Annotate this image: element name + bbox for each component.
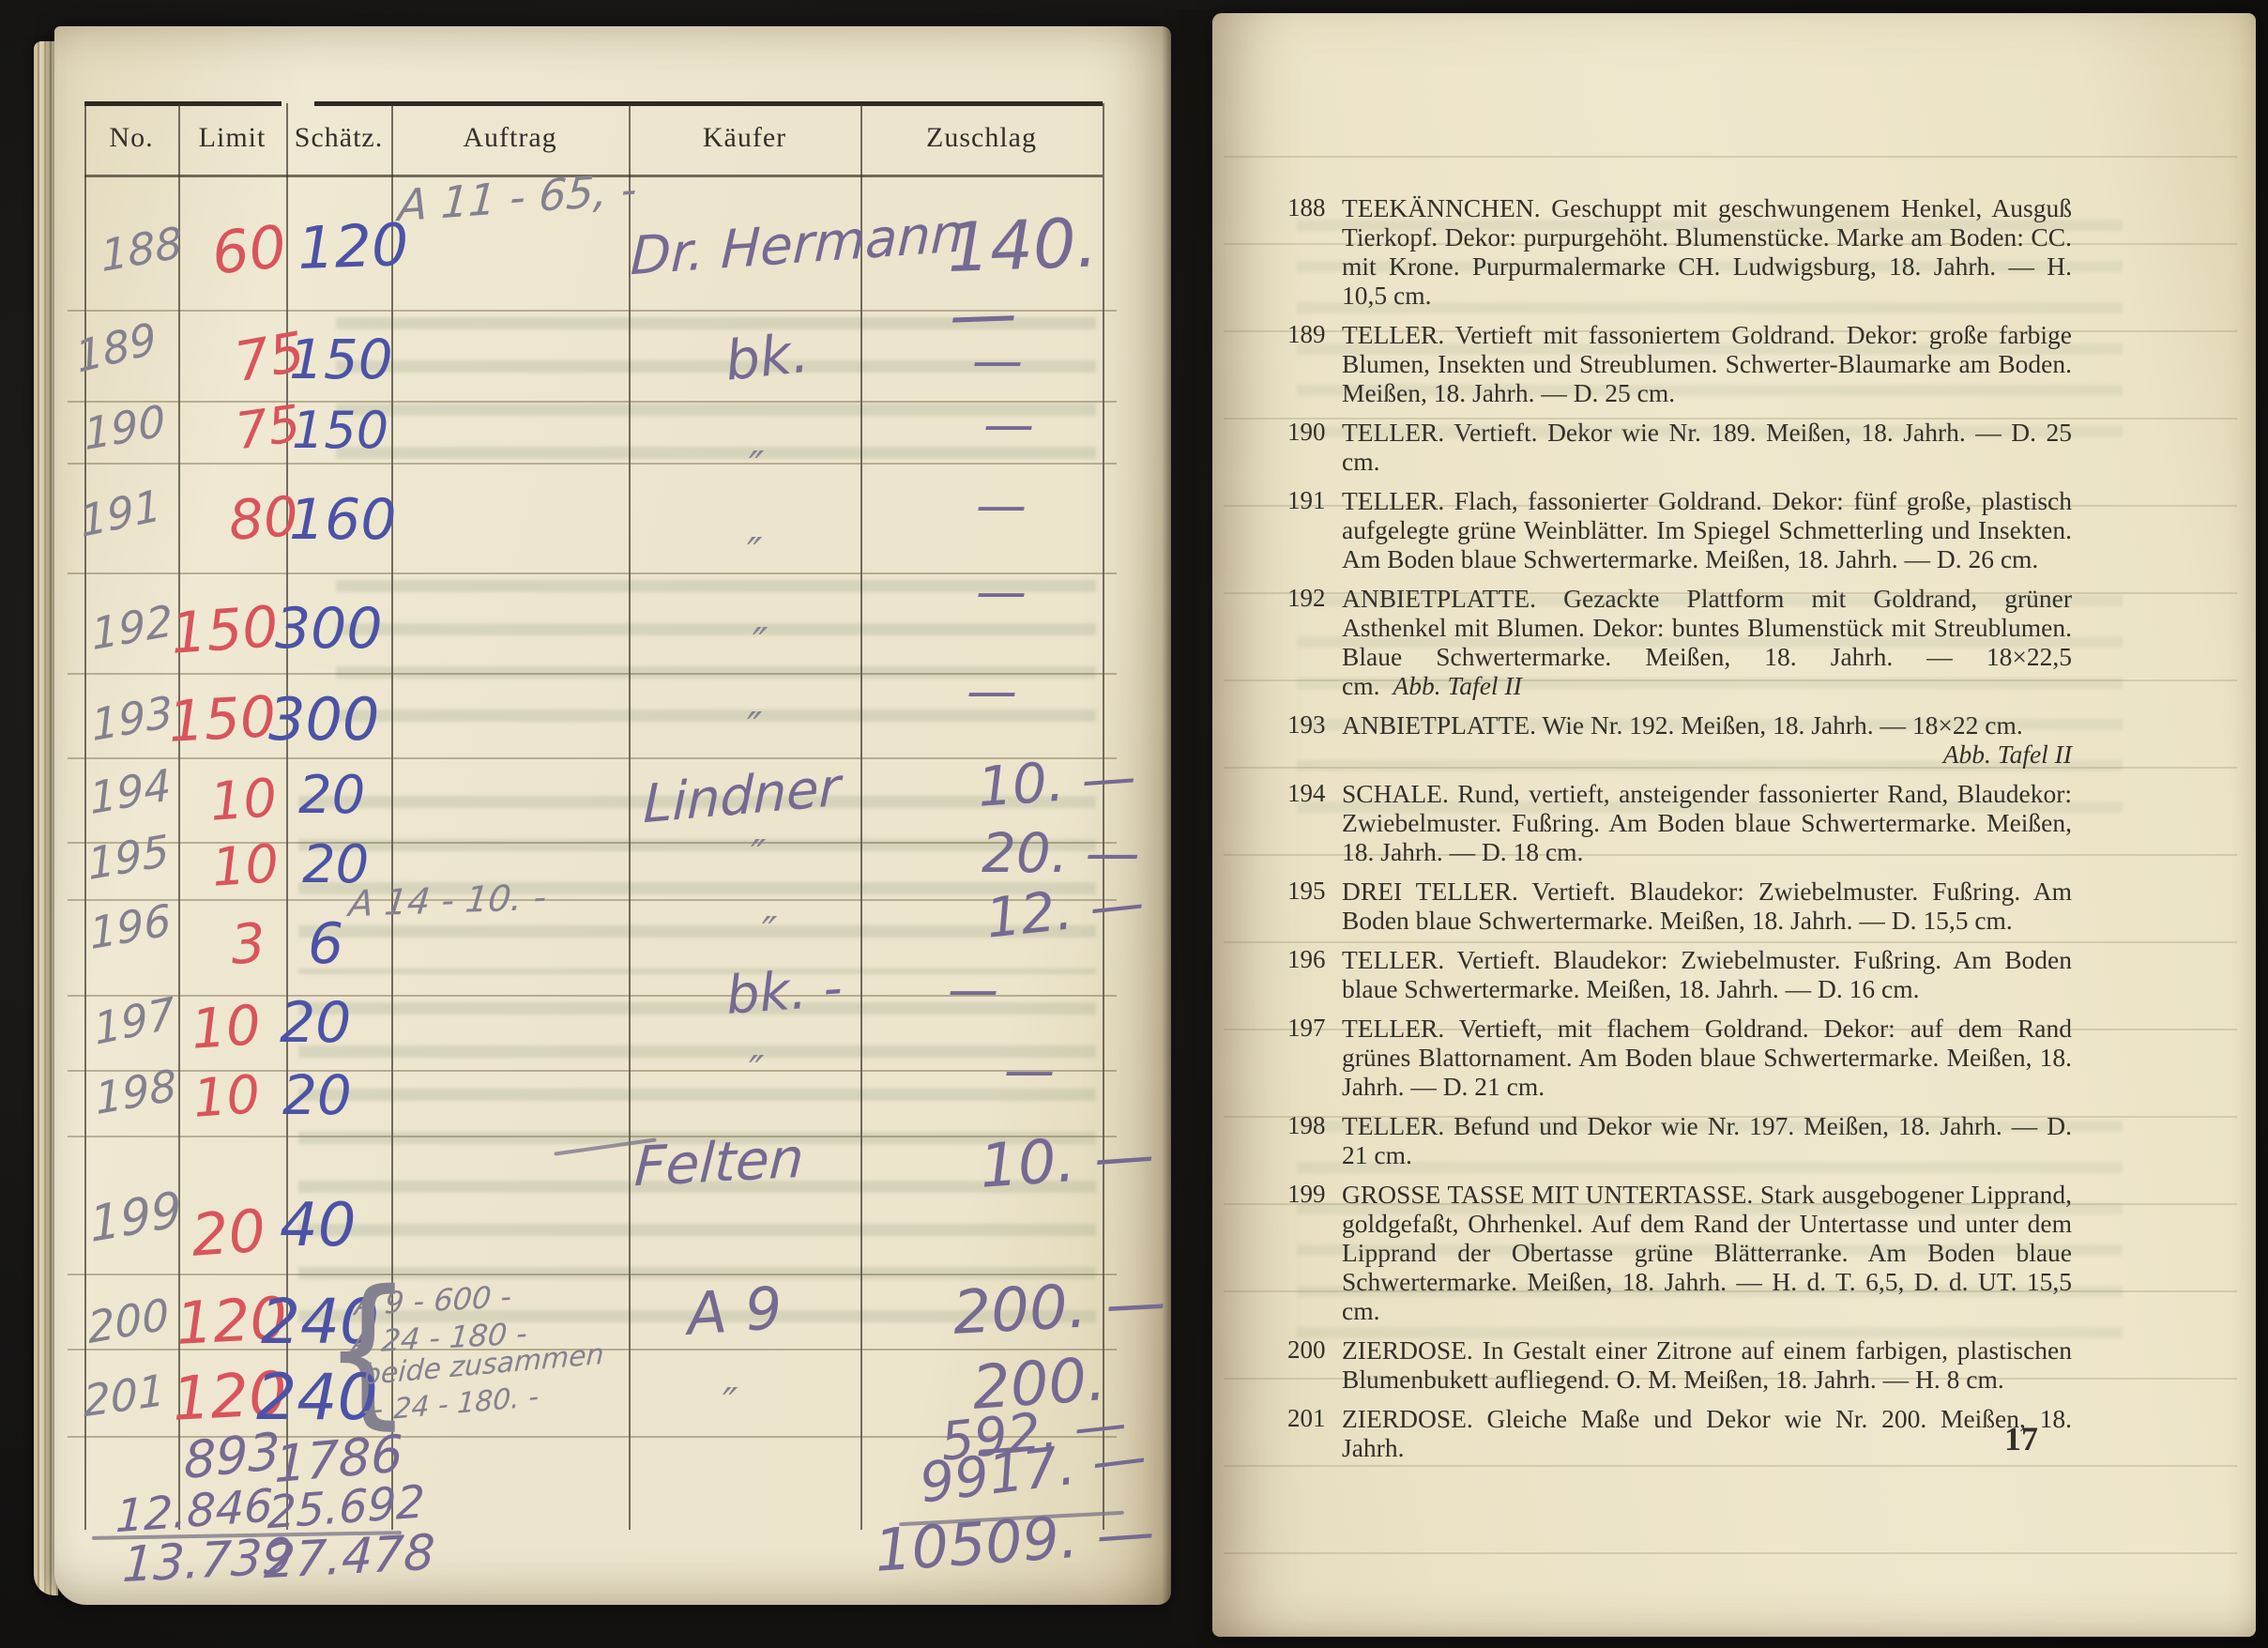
schaetz-cell: 20 [282, 1068, 352, 1122]
zuschlag-cell: — [976, 567, 1027, 618]
page-number: 17 [1869, 1419, 2038, 1458]
lot-number: 201 [1287, 1404, 1342, 1462]
lot-number: 189 [1287, 320, 1342, 407]
lot-number: 192 [1287, 584, 1342, 700]
catalog-entry: 188 TEEKÄNNCHEN. Geschuppt mit geschwung… [1287, 193, 2072, 310]
lot-number: 199 [1287, 1180, 1342, 1325]
schaetz-cell: 150 [289, 332, 393, 387]
column-header-zuschlag: Zuschlag [860, 122, 1103, 154]
limit-cell: 10 [208, 772, 279, 830]
lot-description: TELLER. Vertieft. Blaudekor: Zwiebelmust… [1342, 945, 2072, 1003]
catalog-entry: 193 ANBIETPLATTE. Wie Nr. 192. Meißen, 1… [1287, 710, 2072, 769]
schaetz-cell: 300 [268, 691, 379, 749]
ditto-mark: ″ [747, 533, 762, 574]
ditto-mark: ″ [723, 1383, 738, 1425]
schaetz-cell: 150 [292, 405, 388, 456]
no-cell: 193 [90, 690, 175, 747]
ditto-mark: ″ [747, 708, 762, 749]
no-cell: 195 [86, 829, 171, 886]
lot-number: 194 [1287, 779, 1342, 866]
catalog-entry: 190 TELLER. Vertieft. Dekor wie Nr. 189.… [1287, 418, 2072, 476]
plate-reference: Abb. Tafel II [1393, 671, 1521, 700]
zuschlag-cell: — [983, 400, 1034, 450]
column-header-auftrag: Auftrag [391, 122, 629, 154]
lot-description: SCHALE. Rund, vertieft, ansteigender fas… [1342, 779, 2072, 866]
no-cell: 198 [94, 1063, 178, 1121]
zuschlag-cell: 10. — [976, 749, 1137, 815]
no-cell: 192 [90, 599, 175, 656]
limit-cell: 150 [167, 689, 278, 751]
no-cell: 201 [83, 1368, 166, 1423]
catalog-page: 188 TEEKÄNNCHEN. Geschuppt mit geschwung… [1212, 13, 2256, 1637]
lot-description: ANBIETPLATTE. Gezackte Plattform mit Gol… [1342, 584, 2072, 700]
lot-number: 191 [1287, 486, 1342, 573]
schaetz-cell: 160 [289, 492, 397, 548]
table-top-rule [314, 101, 1103, 106]
catalog-entry: 196 TELLER. Vertieft. Blaudekor: Zwiebel… [1287, 945, 2072, 1003]
ditto-mark: ″ [749, 1051, 764, 1092]
no-cell: 190 [83, 399, 167, 456]
column-header-limit: Limit [178, 122, 286, 154]
no-cell: 191 [78, 483, 163, 543]
lot-description: TELLER. Vertieft. Dekor wie Nr. 189. Mei… [1342, 418, 2072, 476]
lot-description: TELLER. Vertieft mit fassoniertem Goldra… [1342, 320, 2072, 407]
lot-number: 193 [1287, 710, 1342, 769]
catalog-entry: 189 TELLER. Vertieft mit fassoniertem Go… [1287, 320, 2072, 407]
limit-subtotal: 893 [184, 1426, 281, 1487]
ditto-mark: ″ [762, 912, 777, 954]
kaeufer-cell: bk. [723, 326, 811, 389]
limit-cell: 20 [190, 1201, 267, 1264]
catalog-entry: 200 ZIERDOSE. In Gestalt einer Zitrone a… [1287, 1335, 2072, 1394]
lot-description: DREI TELLER. Vertieft. Blaudekor: Zwiebe… [1342, 877, 2072, 935]
ditto-mark: ″ [753, 623, 768, 664]
limit-cell: 150 [169, 599, 280, 663]
no-cell: 197 [92, 991, 177, 1051]
lot-number: 200 [1287, 1335, 1342, 1394]
column-line [860, 103, 862, 1530]
lot-description: GROSSE TASSE MIT UNTERTASSE. Stark ausge… [1342, 1180, 2072, 1325]
lot-number: 198 [1287, 1111, 1342, 1169]
plate-reference: Abb. Tafel II [1342, 740, 2072, 769]
column-header-no: No. [84, 122, 178, 154]
auftrag-note: A 14 - 10. - [347, 879, 548, 923]
column-header-schaetz: Schätz. [286, 122, 391, 154]
table-top-rule [84, 101, 282, 106]
lot-description: TEEKÄNNCHEN. Geschuppt mit geschwungenem… [1342, 193, 2072, 310]
no-cell: 188 [99, 221, 184, 278]
no-cell: 194 [88, 763, 173, 820]
catalog-entry: 194 SCHALE. Rund, vertieft, ansteigender… [1287, 779, 2072, 866]
catalog-entries: 188 TEEKÄNNCHEN. Geschuppt mit geschwung… [1287, 193, 2072, 1473]
lot-description: ANBIETPLATTE. Wie Nr. 192. Meißen, 18. J… [1342, 710, 2072, 769]
lot-number: 197 [1287, 1014, 1342, 1101]
limit-cell: 3 [229, 915, 267, 971]
zuschlag-cell: 10. — [978, 1125, 1156, 1198]
schaetz-cell: 20 [280, 995, 351, 1051]
zuschlag-cell: 140. — [946, 206, 1176, 349]
catalog-entry: 199 GROSSE TASSE MIT UNTERTASSE. Stark a… [1287, 1180, 2072, 1325]
lot-description: ZIERDOSE. In Gestalt einer Zitrone auf e… [1342, 1335, 2072, 1394]
lot-description: TELLER. Befund und Dekor wie Nr. 197. Me… [1342, 1111, 2072, 1169]
lot-description: TELLER. Flach, fassonierter Goldrand. De… [1342, 486, 2072, 573]
catalog-entry: 197 TELLER. Vertieft, mit flachem Goldra… [1287, 1014, 2072, 1101]
catalog-entry: 198 TELLER. Befund und Dekor wie Nr. 197… [1287, 1111, 2072, 1169]
lot-number: 190 [1287, 418, 1342, 476]
kaeufer-cell: bk. - [724, 962, 844, 1022]
schaetz-cell: 6 [308, 916, 343, 972]
no-cell: 196 [88, 898, 173, 955]
column-line [84, 103, 86, 1530]
lot-description: TELLER. Vertieft, mit flachem Goldrand. … [1342, 1014, 2072, 1101]
zuschlag-cell: — [1004, 1045, 1055, 1096]
zuschlag-total: 10509. — [873, 1503, 1156, 1580]
ditto-mark: ″ [749, 447, 764, 488]
limit-cell: 10 [190, 998, 263, 1057]
zuschlag-cell: 12. — [983, 875, 1147, 945]
kaeufer-cell: Dr. Hermann [630, 207, 965, 283]
limit-cell: 60 [209, 218, 289, 283]
catalog-entry: 191 TELLER. Flach, fassonierter Goldrand… [1287, 486, 2072, 573]
schaetz-cell: 20 [298, 770, 365, 822]
lot-number: 196 [1287, 945, 1342, 1003]
zuschlag-cell: — [948, 965, 998, 1015]
schaetz-cell: 300 [275, 601, 383, 657]
ledger-page: No. Limit Schätz. Auftrag Käufer Zuschla… [54, 26, 1171, 1605]
no-cell: 199 [88, 1185, 183, 1250]
catalog-entry: 192 ANBIETPLATTE. Gezackte Plattform mit… [1287, 584, 2072, 700]
schaetz-total: 27.478 [263, 1528, 435, 1586]
zuschlag-cell: — [972, 336, 1023, 387]
limit-cell: 10 [210, 838, 281, 895]
open-auction-ledger-book: No. Limit Schätz. Auftrag Käufer Zuschla… [0, 0, 2268, 1648]
ditto-mark: ″ [751, 835, 766, 877]
column-header-kaeufer: Käufer [629, 122, 860, 154]
no-cell: 200 [86, 1292, 171, 1350]
zuschlag-cell: 200. — [951, 1273, 1167, 1344]
zuschlag-cell: — [967, 666, 1017, 717]
kaeufer-cell: A 9 [685, 1279, 784, 1344]
kaeufer-cell: Felten [633, 1131, 805, 1195]
lot-number: 188 [1287, 193, 1342, 310]
schaetz-cell: 40 [280, 1196, 356, 1256]
limit-cell: 10 [191, 1069, 262, 1126]
catalog-entry: 195 DREI TELLER. Vertieft. Blaudekor: Zw… [1287, 877, 2072, 935]
schaetz-cell: 120 [297, 216, 409, 278]
lot-number: 195 [1287, 877, 1342, 935]
column-line [629, 103, 631, 1530]
zuschlag-cell: — [976, 481, 1027, 531]
